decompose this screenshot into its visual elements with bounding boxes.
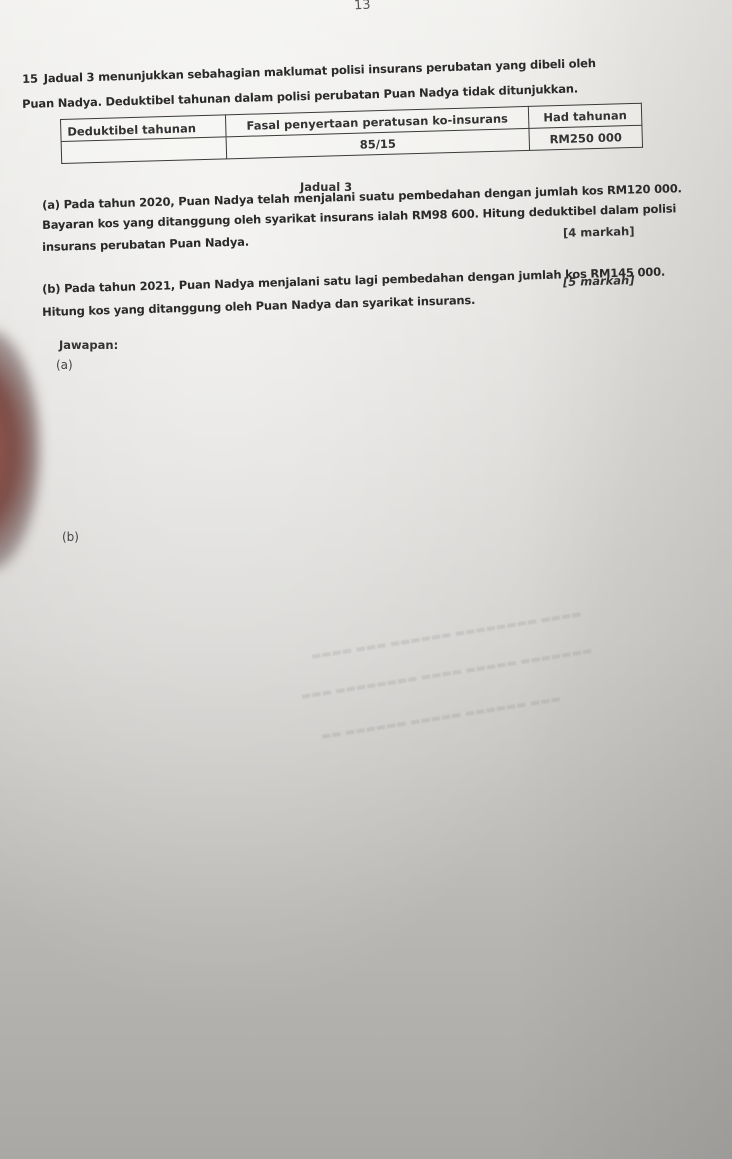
part-a-line3: insurans perubatan Puan Nadya.: [42, 235, 249, 254]
part-b-line2: Hitung kos yang ditanggung oleh Puan Nad…: [42, 293, 475, 319]
part-a-marks: [4 markah]: [563, 224, 635, 240]
question-number: 15: [22, 72, 38, 86]
jadual-3-table: Deduktibel tahunan Fasal penyertaan pera…: [60, 103, 643, 164]
intro-text-1: Jadual 3 menunjukkan sebahagian maklumat…: [44, 56, 596, 85]
answer-part-b-label: (b): [62, 530, 79, 544]
answer-part-a-label: (a): [56, 358, 73, 372]
page-number: 13: [354, 0, 371, 13]
question-intro-line1: 15Jadual 3 menunjukkan sebahagian maklum…: [22, 56, 596, 86]
bleed-through-text: ▬▬ ▬▬▬▬▬▬ ▬▬▬▬▬ ▬▬▬▬▬▬ ▬▬▬: [320, 692, 562, 743]
answer-label: Jawapan:: [59, 338, 118, 352]
part-b-marks: [5 markah]: [563, 273, 635, 289]
finger-shadow: [0, 330, 40, 570]
cell-had-tahunan: RM250 000: [529, 125, 643, 150]
exam-paper: 13 15Jadual 3 menunjukkan sebahagian mak…: [0, 0, 732, 1159]
cell-deduktibel: [61, 137, 227, 164]
header-had-tahunan: Had tahunan: [528, 103, 642, 128]
